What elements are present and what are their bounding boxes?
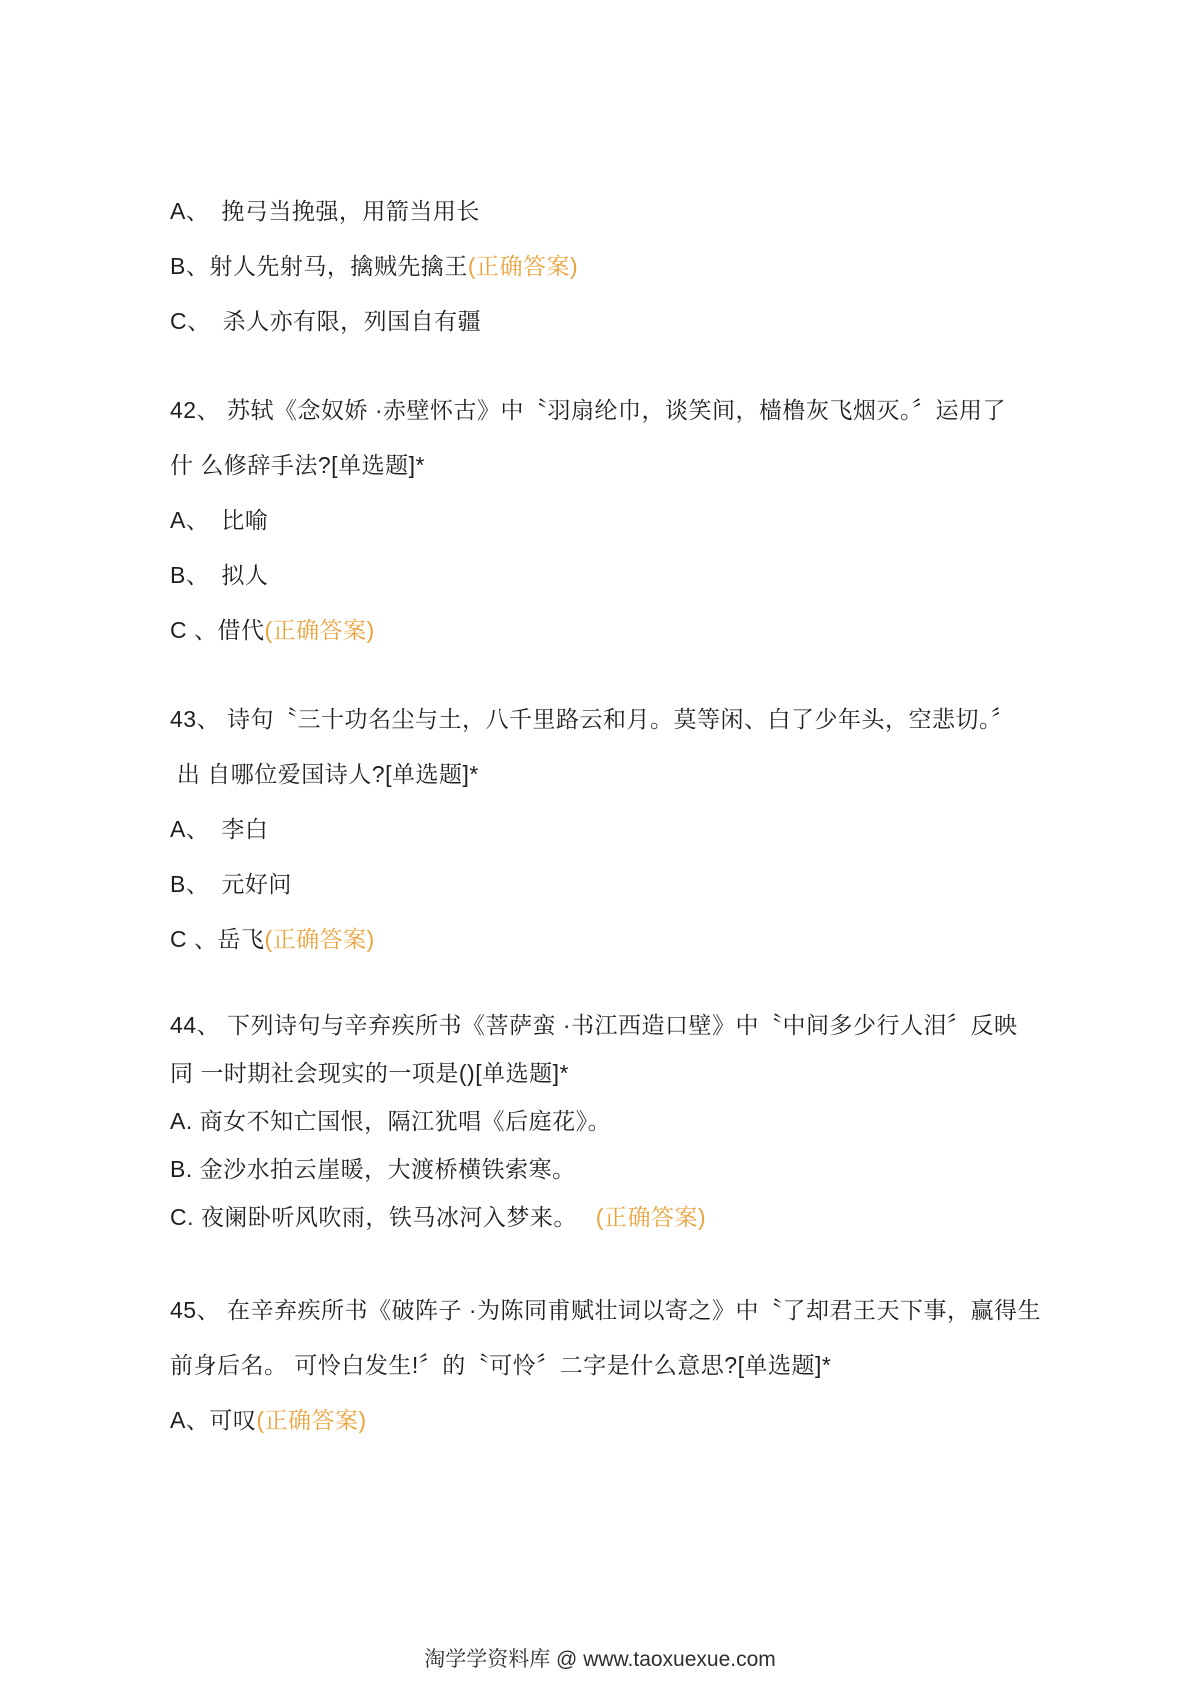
question-stem-text: 什 么修辞手法?[单选题]* xyxy=(170,447,425,480)
question-stem-line: 44、 下列诗句与辛弃疾所书《菩萨蛮 ·书江西造口壁》中〝中间多少行人泪〞反映 xyxy=(170,999,1130,1047)
option-text: A、可叹 xyxy=(170,1402,256,1435)
option-b: B、 元好问 xyxy=(170,855,1130,910)
option-text: C、 杀人亦有限，列国自有疆 xyxy=(170,303,481,336)
option-text: A、 比喻 xyxy=(170,502,268,535)
option-a: A、可叹(正确答案) xyxy=(170,1391,1130,1446)
option-a: A. 商女不知亡国恨，隔江犹唱《后庭花》。 xyxy=(170,1095,1130,1143)
option-text: A. 商女不知亡国恨，隔江犹唱《后庭花》。 xyxy=(170,1103,611,1136)
question-stem-text: 44、 下列诗句与辛弃疾所书《菩萨蛮 ·书江西造口壁》中〝中间多少行人泪〞反映 xyxy=(170,1007,1018,1040)
correct-answer-tag: (正确答案) xyxy=(596,1199,706,1232)
option-text: B、射人先射马，擒贼先擒王 xyxy=(170,248,468,281)
option-text: B. 金沙水拍云崖暖，大渡桥横铁索寒。 xyxy=(170,1151,576,1184)
question-stem-text: 同 一时期社会现实的一项是()[单选题]* xyxy=(170,1055,569,1088)
question-stem-text: 前身后名。 可怜白发生!〞的〝可怜〞二字是什么意思?[单选题]* xyxy=(170,1347,831,1380)
question-stem-line: 出 自哪位爱国诗人?[单选题]* xyxy=(170,745,1130,800)
footer-text: 淘学学资料库 @ www.taoxuexue.com xyxy=(424,1648,776,1671)
option-text: C 、借代 xyxy=(170,612,265,645)
question-stem-text: 43、 诗句〝三十功名尘与土，八千里路云和月。莫等闲、白了少年头，空悲切。〞 xyxy=(170,701,1014,734)
question-stem-text: 出 自哪位爱国诗人?[单选题]* xyxy=(170,756,479,789)
question-43: 43、 诗句〝三十功名尘与土，八千里路云和月。莫等闲、白了少年头，空悲切。〞 出… xyxy=(170,690,1130,965)
option-c: C 、岳飞(正确答案) xyxy=(170,910,1130,965)
question-41-options: A、 挽弓当挽强，用箭当用长B、射人先射马，擒贼先擒王(正确答案)C、 杀人亦有… xyxy=(170,182,1130,347)
question-42: 42、 苏轼《念奴娇 ·赤壁怀古》中〝羽扇纶巾，谈笑间，樯橹灰飞烟灭。〞运用了什… xyxy=(170,381,1130,656)
question-stem-line: 42、 苏轼《念奴娇 ·赤壁怀古》中〝羽扇纶巾，谈笑间，樯橹灰飞烟灭。〞运用了 xyxy=(170,381,1130,436)
question-stem-line: 43、 诗句〝三十功名尘与土，八千里路云和月。莫等闲、白了少年头，空悲切。〞 xyxy=(170,690,1130,745)
question-45: 45、 在辛弃疾所书《破阵子 ·为陈同甫赋壮词以寄之》中〝了却君王天下事，赢得生… xyxy=(170,1281,1130,1446)
question-stem-text: 42、 苏轼《念奴娇 ·赤壁怀古》中〝羽扇纶巾，谈笑间，樯橹灰飞烟灭。〞运用了 xyxy=(170,392,1006,425)
option-a: A、 比喻 xyxy=(170,491,1130,546)
quiz-content: A、 挽弓当挽强，用箭当用长B、射人先射马，擒贼先擒王(正确答案)C、 杀人亦有… xyxy=(170,182,1130,1480)
question-stem-line: 45、 在辛弃疾所书《破阵子 ·为陈同甫赋壮词以寄之》中〝了却君王天下事，赢得生 xyxy=(170,1281,1130,1336)
option-c: C、 杀人亦有限，列国自有疆 xyxy=(170,292,1130,347)
option-text: A、 李白 xyxy=(170,811,268,844)
question-stem-line: 同 一时期社会现实的一项是()[单选题]* xyxy=(170,1047,1130,1095)
option-text: B、 元好问 xyxy=(170,866,292,899)
option-c: C 、借代(正确答案) xyxy=(170,601,1130,656)
option-b: B、射人先射马，擒贼先擒王(正确答案) xyxy=(170,237,1130,292)
correct-answer-tag: (正确答案) xyxy=(265,612,375,645)
option-text: B、 拟人 xyxy=(170,557,268,590)
question-stem-text: 45、 在辛弃疾所书《破阵子 ·为陈同甫赋壮词以寄之》中〝了却君王天下事，赢得生 xyxy=(170,1292,1041,1325)
correct-answer-tag: (正确答案) xyxy=(468,248,578,281)
option-a: A、 挽弓当挽强，用箭当用长 xyxy=(170,182,1130,237)
document-page: A、 挽弓当挽强，用箭当用长B、射人先射马，擒贼先擒王(正确答案)C、 杀人亦有… xyxy=(0,0,1200,1697)
option-c: C. 夜阑卧听风吹雨，铁马冰河入梦来。 (正确答案) xyxy=(170,1191,1130,1239)
option-b: B. 金沙水拍云崖暖，大渡桥横铁索寒。 xyxy=(170,1143,1130,1191)
question-44: 44、 下列诗句与辛弃疾所书《菩萨蛮 ·书江西造口壁》中〝中间多少行人泪〞反映同… xyxy=(170,999,1130,1239)
option-text: A、 挽弓当挽强，用箭当用长 xyxy=(170,193,480,226)
correct-answer-tag: (正确答案) xyxy=(265,921,375,954)
correct-answer-tag: (正确答案) xyxy=(256,1402,366,1435)
option-a: A、 李白 xyxy=(170,800,1130,855)
option-text: C. 夜阑卧听风吹雨，铁马冰河入梦来。 xyxy=(170,1199,596,1232)
question-stem-line: 前身后名。 可怜白发生!〞的〝可怜〞二字是什么意思?[单选题]* xyxy=(170,1336,1130,1391)
question-stem-line: 什 么修辞手法?[单选题]* xyxy=(170,436,1130,491)
page-footer: 淘学学资料库 @ www.taoxuexue.com xyxy=(0,1645,1200,1675)
option-b: B、 拟人 xyxy=(170,546,1130,601)
option-text: C 、岳飞 xyxy=(170,921,265,954)
